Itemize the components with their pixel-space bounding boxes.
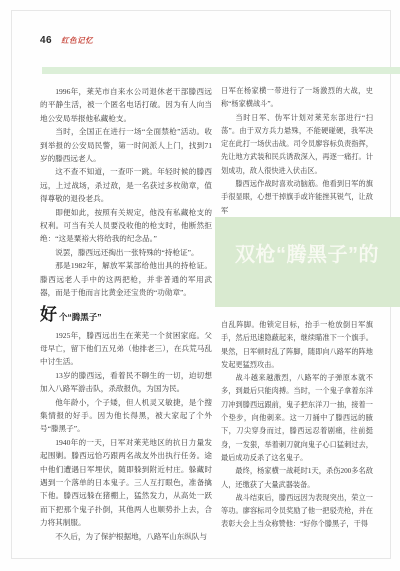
- paragraph: 这不查不知道，一查吓一跳。年轻时候的滕西远，上过战场，杀过敌，是一名获过多枚勋章…: [40, 165, 212, 205]
- page-header: 46 红色记忆: [40, 33, 93, 47]
- paragraph: 当时日军、伪军计划对莱芜东部进行“扫荡”。由于双方兵力悬殊，不能硬碰硬，我军决定…: [221, 112, 373, 178]
- paragraph-continuation: 日军在杨家横一带进行了一场激烈的大战，史称“杨家横战斗”。: [221, 85, 373, 112]
- paragraph: 1925年，滕西远出生在莱芜一个贫困家庭。父母早亡，留下他们五兄弟（他排老三），…: [40, 329, 212, 369]
- article-title-banner: 双枪“腾黑子”的: [215, 217, 400, 307]
- paragraph: 1940年的一天，日军对莱芜地区的抗日力量发起围剿。滕西远恰巧跟两名战友外出执行…: [40, 436, 212, 530]
- right-column-top: 日军在杨家横一带进行了一场激烈的大战，史称“杨家横战斗”。 当时日军、伪军计划对…: [221, 85, 373, 218]
- magazine-label: 红色记忆: [61, 35, 93, 46]
- left-column: 1996年，莱芜市自来水公司退休老干部滕西远的平静生活，被一个匿名电话打破。因为…: [40, 85, 212, 543]
- section-heading: 好个“腾黑子”: [40, 306, 212, 324]
- paragraph: 当时，全国正在进行一场“全面禁枪”活动。收到举报的公安局民警，第一时间派人上门，…: [40, 125, 212, 165]
- paragraph: 1996年，莱芜市自来水公司退休老干部滕西远的平静生活，被一个匿名电话打破。因为…: [40, 85, 212, 125]
- paragraph: 战斗越来越激烈，八路军的子弹原本就不多，到最后只能肉搏。当时，一个鬼子拿着东洋刀…: [221, 372, 373, 465]
- paragraph: 他年龄小，个子矮，但人机灵又敏捷，是个搜集情报的好手。因为他长得黑，被大家起了个…: [40, 396, 212, 436]
- paragraph: 即便如此，按照有关规定，他没有私藏枪支的权利。可当有关人员要没收他的枪支时，他断…: [40, 206, 212, 246]
- paragraph-continuation: 自乱阵脚。他锁定目标，抬手一枪放倒日军旗手，然后迅速隐蔽起来，继续瞄准下一个旗手…: [221, 319, 373, 372]
- paragraph: 那是1982年，解放军某部给他出具的持枪证。滕西远老人手中的这两把枪，并非普通的…: [40, 259, 212, 299]
- paragraph: 不久后，为了保护根据地，八路军山东纵队与: [40, 530, 212, 543]
- paragraph: 13岁的滕西远，看着民不聊生的一切，迫切想加入八路军游击队，杀敌报仇，为国为民。: [40, 369, 212, 396]
- paragraph: 滕西远作战时喜欢动脑筋。他看到日军的旗手很显眼，心想干掉旗手或许能挫其锐气，让敌…: [221, 178, 373, 218]
- header-rule-bar: [42, 67, 400, 74]
- paragraph: 说罢，滕西远还掏出一张特殊的“持枪证”。: [40, 246, 212, 259]
- magazine-page: 46 红色记忆 1996年，莱芜市自来水公司退休老干部滕西远的平静生活，被一个匿…: [0, 0, 400, 571]
- section-heading-drop-char: 好: [40, 306, 57, 324]
- article-title: 双枪“腾黑子”的: [235, 238, 400, 267]
- paragraph: 最终，杨家横一战耗时1天，杀伤200多名敌人，还缴获了大量武器装备。: [221, 465, 373, 492]
- page-number: 46: [40, 35, 52, 46]
- right-column-bottom: 自乱阵脚。他锁定目标，抬手一枪放倒日军旗手，然后迅速隐蔽起来，继续瞄准下一个旗手…: [221, 319, 373, 532]
- paragraph: 战斗结束后，滕西远因为表现突出，荣立一等功。廖容标司令员奖励了他一把驳壳枪，并在…: [221, 492, 373, 532]
- section-heading-rest: 个“腾黑子”: [59, 311, 102, 323]
